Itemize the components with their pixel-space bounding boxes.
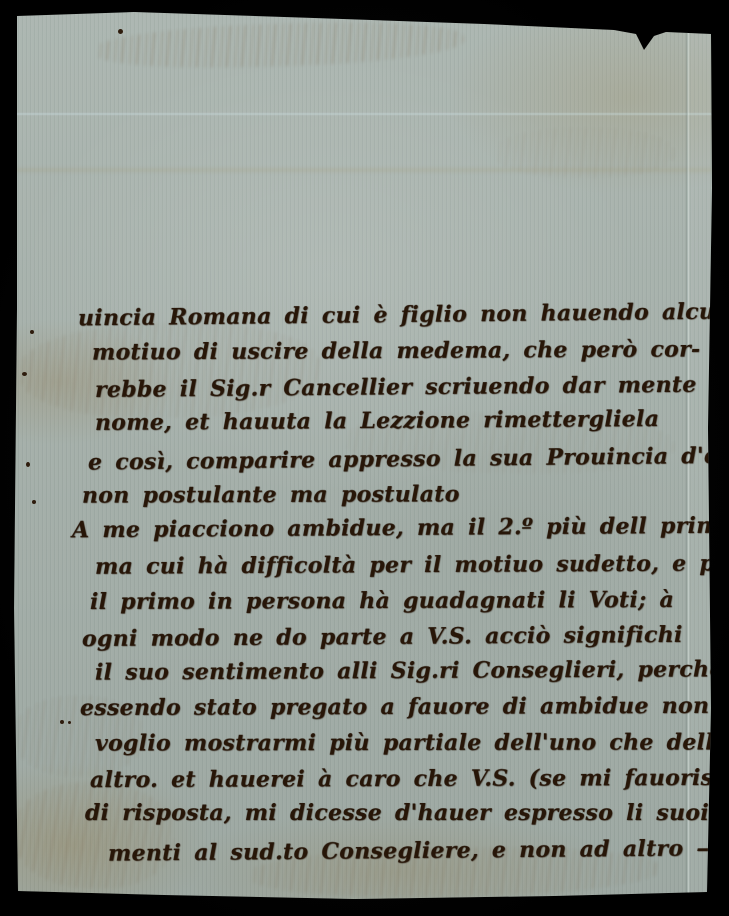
manuscript-line: di risposta, mi dicesse d'hauer espresso… — [85, 800, 729, 826]
manuscript-line: nome, et hauuta la Lezzione rimetterglie… — [95, 406, 659, 436]
manuscript-line: essendo stato pregato a fauore di ambidu… — [80, 693, 709, 721]
letter-body: uincia Romana di cui è figlio non hauend… — [14, 8, 712, 899]
manuscript-line: A me piacciono ambidue, ma il 2.º più de… — [72, 513, 729, 544]
manuscript-line: il suo sentimento alli Sig.ri Conseglier… — [95, 656, 724, 685]
manuscript-line: ma cui hà difficoltà per il motiuo sudet… — [95, 550, 729, 580]
manuscript-line: uincia Romana di cui è figlio non hauend… — [78, 299, 729, 332]
manuscript-line: il primo in persona hà guadagnati li Vot… — [90, 587, 674, 615]
manuscript-photo: uincia Romana di cui è figlio non hauend… — [0, 0, 729, 916]
manuscript-line: altro. et hauerei à caro che V.S. (se mi… — [90, 765, 729, 793]
manuscript-line: menti al sud.to Consegliere, e non ad al… — [108, 835, 719, 866]
manuscript-line: motiuo di uscire della medema, che però … — [92, 336, 701, 365]
letter-page: uincia Romana di cui è figlio non hauend… — [14, 8, 712, 899]
manuscript-line: voglio mostrarmi più partiale dell'uno c… — [95, 729, 714, 756]
manuscript-line: e così, comparire appresso la sua Prouin… — [88, 442, 729, 475]
manuscript-line: ogni modo ne do parte a V.S. acciò signi… — [82, 622, 683, 652]
manuscript-line: non postulante ma postulato — [82, 481, 460, 508]
manuscript-line: rebbe il Sig.r Cancellier scriuendo dar … — [95, 371, 729, 403]
